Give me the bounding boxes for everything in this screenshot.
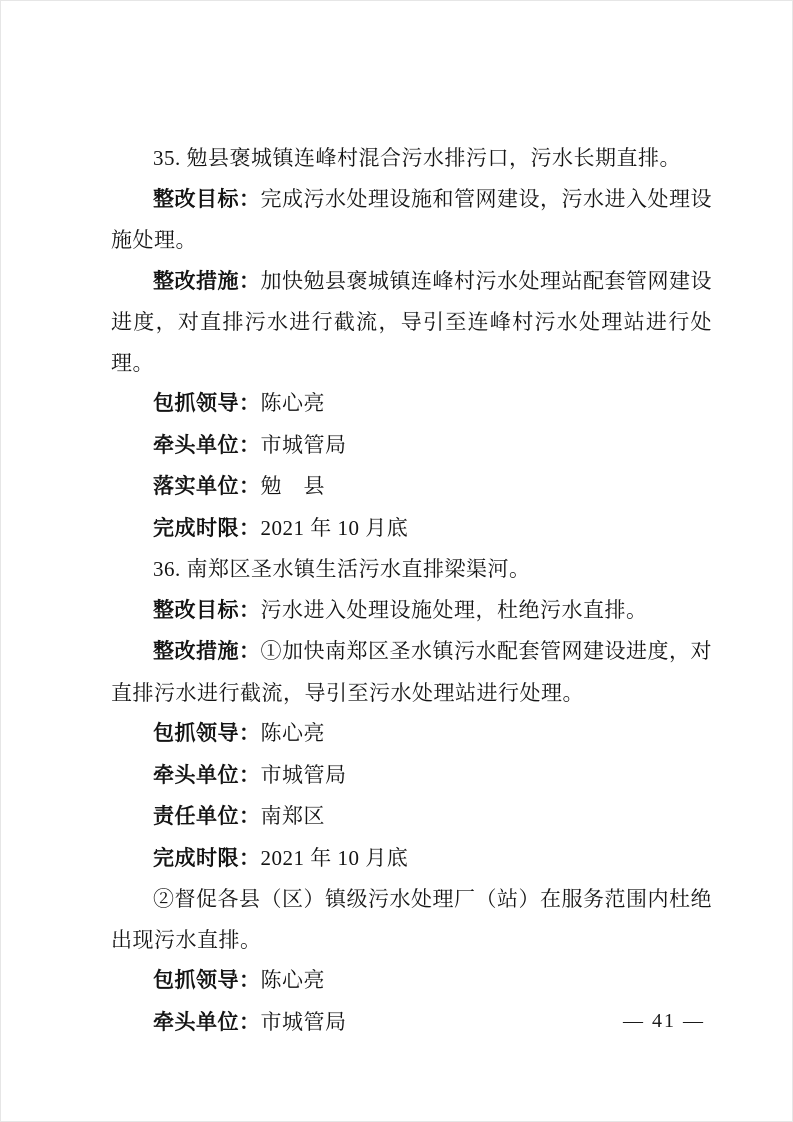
field-value: 南郑区 [261,804,326,828]
field-label: 整改目标： [153,599,261,622]
field-label: 牵头单位： [153,764,261,787]
item-36-responsible-unit: 责任单位：南郑区 [111,796,712,838]
item-35-lead-unit: 牵头单位：市城管局 [111,425,712,467]
field-label: 包抓领导： [153,969,261,992]
item-36-target: 整改目标：污水进入处理设施处理，杜绝污水直排。 [111,590,712,632]
field-value: 市城管局 [261,1010,347,1034]
item-heading-text: 35. 勉县褒城镇连峰村混合污水排污口，污水长期直排。 [153,146,681,170]
item-35-implementing-unit: 落实单位：勉 县 [111,466,712,508]
page-number: — 41 — [623,1007,705,1035]
item-35-lead-leader: 包抓领导：陈心亮 [111,383,712,425]
field-label: 完成时限： [153,517,261,540]
item-36-measures-2: ②督促各县（区）镇级污水处理厂（站）在服务范围内杜绝出现污水直排。 [111,879,712,960]
document-body: 35. 勉县褒城镇连峰村混合污水排污口，污水长期直排。 整改目标：完成污水处理设… [111,138,712,1043]
field-label: 牵头单位： [153,434,261,457]
item-35-deadline: 完成时限：2021 年 10 月底 [111,508,712,550]
field-label: 包抓领导： [153,722,261,745]
item-36-heading: 36. 南郑区圣水镇生活污水直排梁渠河。 [111,549,712,590]
field-label: 牵头单位： [153,1011,261,1034]
field-value: 污水进入处理设施处理，杜绝污水直排。 [261,598,648,622]
item-36-lead-unit-2: 牵头单位：市城管局 [111,1002,712,1044]
item-35-target: 整改目标：完成污水处理设施和管网建设，污水进入处理设施处理。 [111,179,712,261]
field-value: 陈心亮 [261,968,326,992]
paragraph-text: ②督促各县（区）镇级污水处理厂（站）在服务范围内杜绝出现污水直排。 [111,887,712,952]
item-36-lead-leader-1: 包抓领导：陈心亮 [111,713,712,755]
document-page: 35. 勉县褒城镇连峰村混合污水排污口，污水长期直排。 整改目标：完成污水处理设… [0,0,793,1122]
item-35-measures: 整改措施：加快勉县褒城镇连峰村污水处理站配套管网建设进度，对直排污水进行截流，导… [111,261,712,384]
field-value: 陈心亮 [261,391,326,415]
field-label: 责任单位： [153,805,261,828]
field-value: 陈心亮 [261,721,326,745]
item-36-lead-unit-1: 牵头单位：市城管局 [111,755,712,797]
field-label: 完成时限： [153,847,261,870]
field-label: 包抓领导： [153,392,261,415]
field-label: 整改措施： [153,640,261,663]
item-36-deadline: 完成时限：2021 年 10 月底 [111,838,712,880]
field-label: 整改目标： [153,188,261,211]
item-heading-text: 36. 南郑区圣水镇生活污水直排梁渠河。 [153,557,531,581]
field-value: 2021 年 10 月底 [261,846,409,870]
field-label: 整改措施： [153,270,261,293]
field-value: 勉 县 [261,474,326,498]
field-label: 落实单位： [153,475,261,498]
field-value: 市城管局 [261,763,347,787]
item-35-heading: 35. 勉县褒城镇连峰村混合污水排污口，污水长期直排。 [111,138,712,179]
item-36-measures-1: 整改措施：①加快南郑区圣水镇污水配套管网建设进度，对直排污水进行截流，导引至污水… [111,631,712,713]
item-36-lead-leader-2: 包抓领导：陈心亮 [111,960,712,1002]
field-value: 2021 年 10 月底 [261,516,409,540]
field-value: 市城管局 [261,433,347,457]
